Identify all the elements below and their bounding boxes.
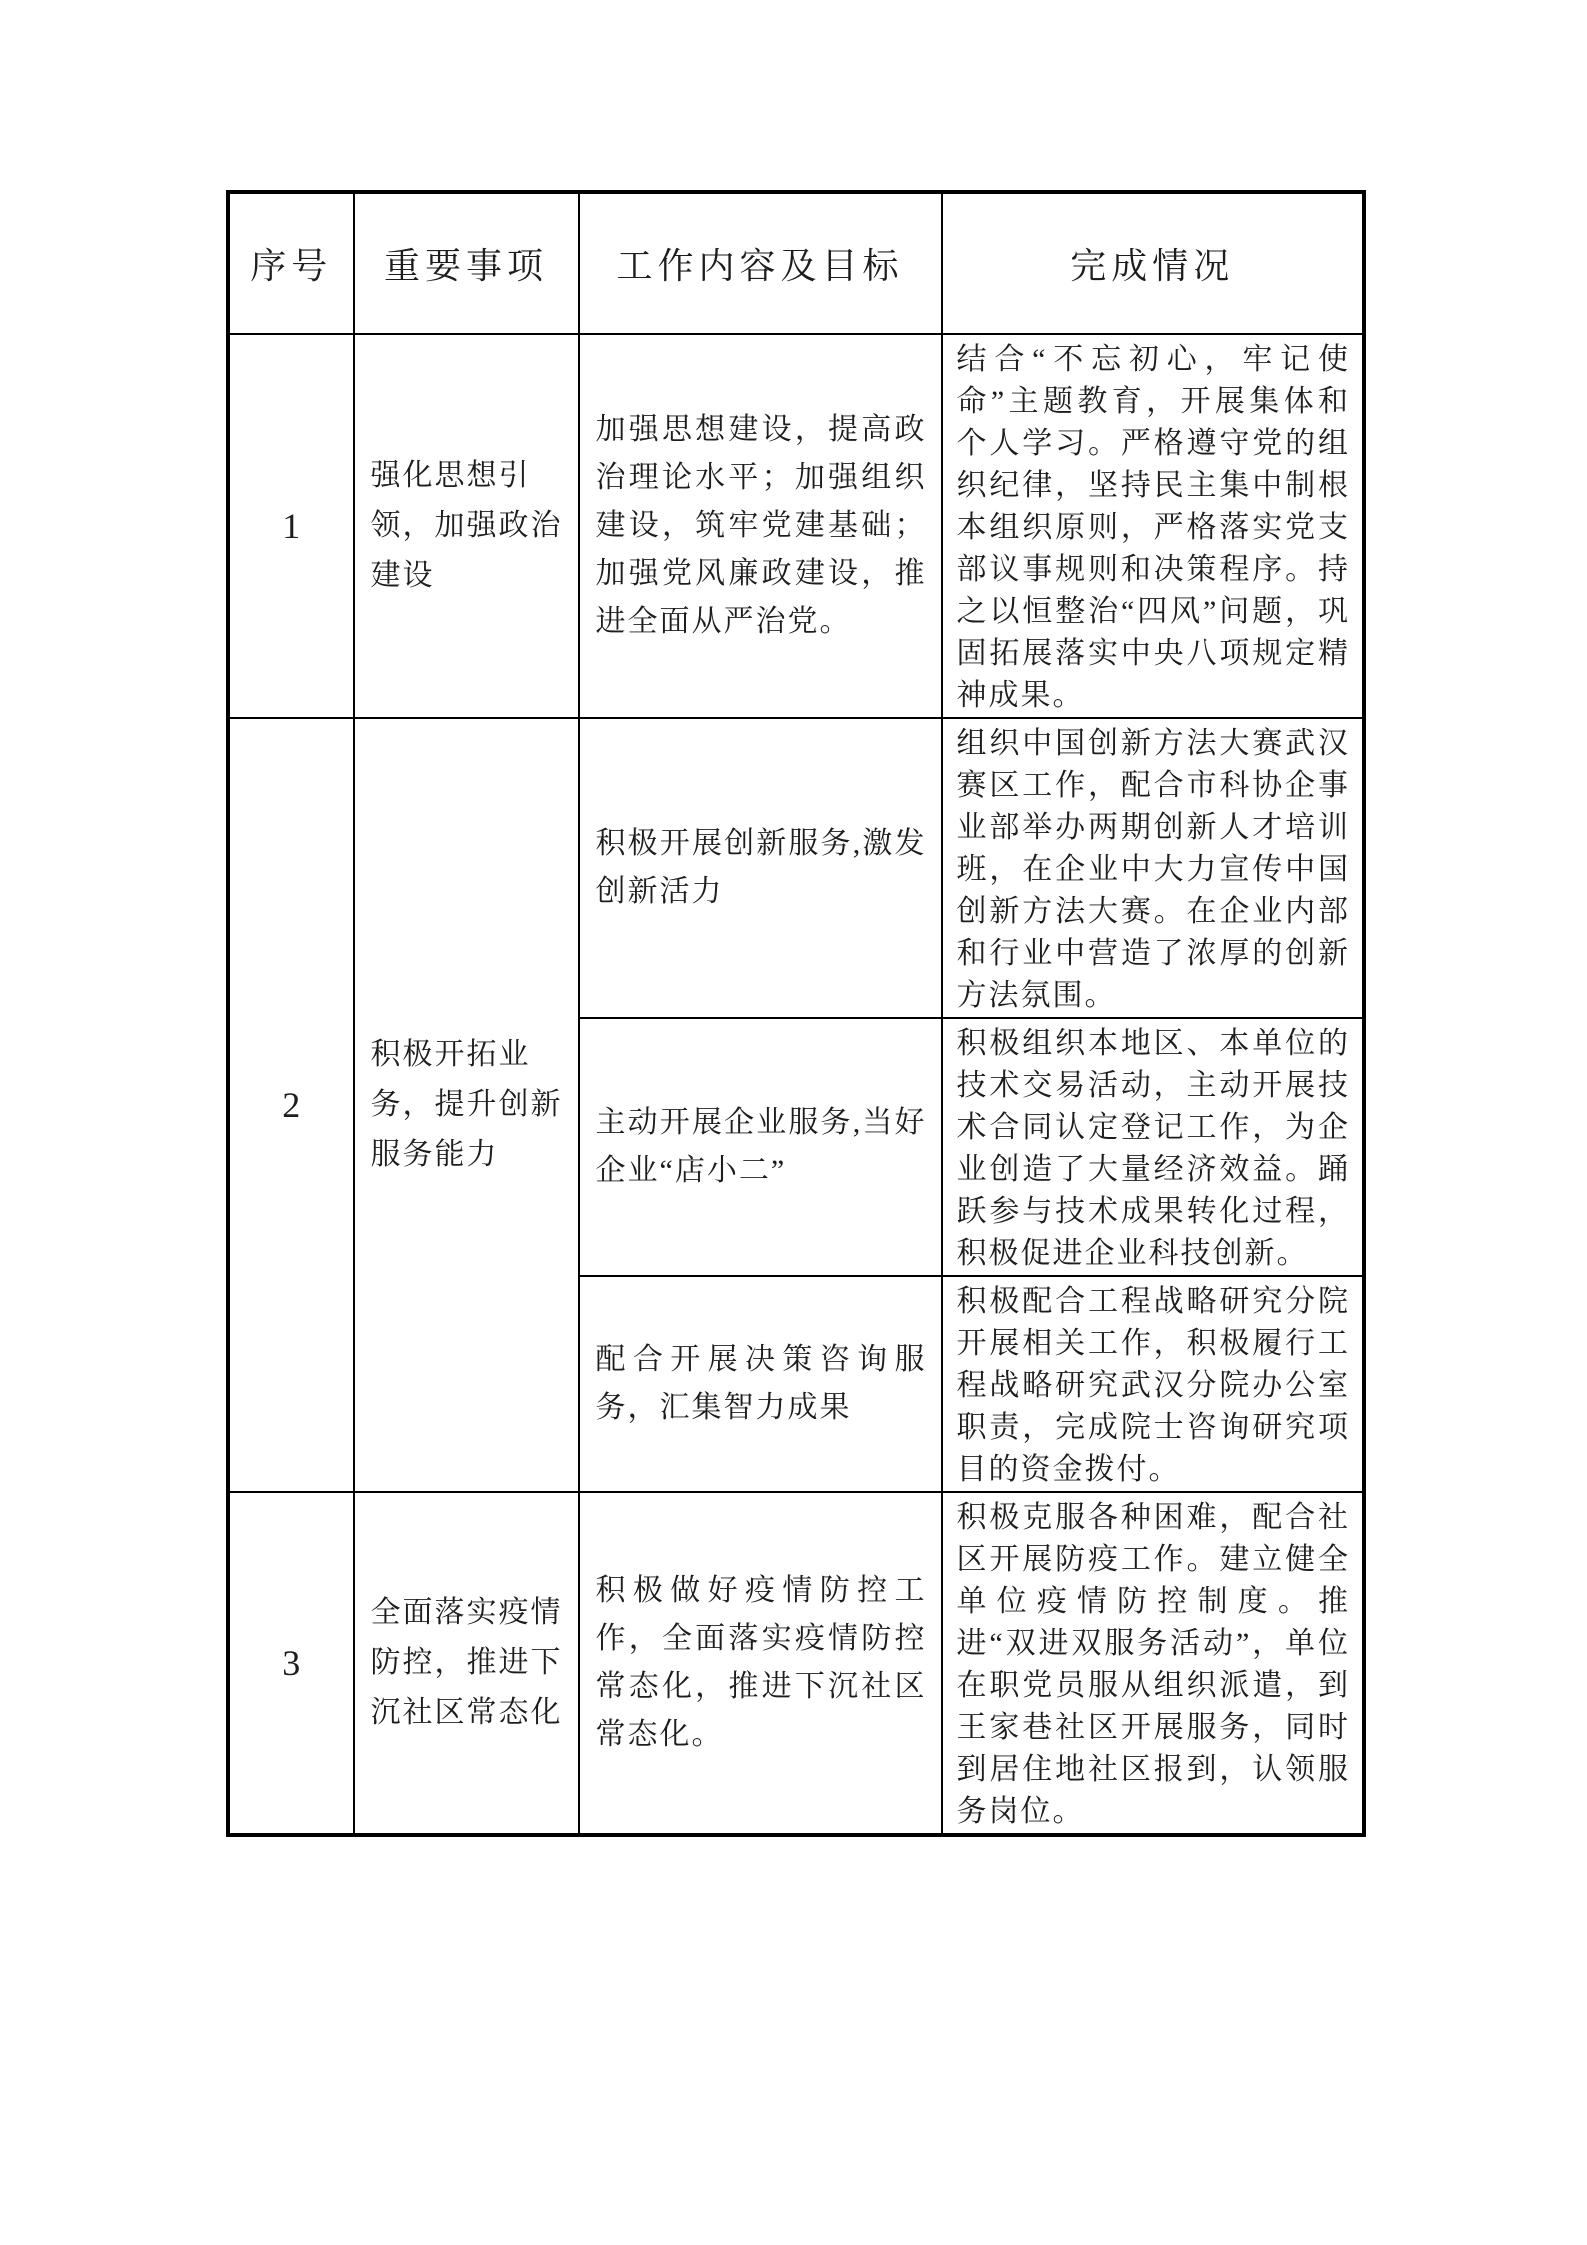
important-item-cell: 强化思想引领，加强政治建设: [354, 334, 579, 718]
work-content-cell: 配合开展决策咨询服务，汇集智力成果: [579, 1276, 942, 1492]
row-number-cell: 3: [229, 1492, 354, 1835]
work-content-cell: 主动开展企业服务,当好企业“店小二”: [579, 1018, 942, 1276]
completion-status-cell: 结合“不忘初心，牢记使命”主题教育，开展集体和个人学习。严格遵守党的组织纪律，坚…: [942, 334, 1364, 718]
document-page: 序号 重要事项 工作内容及目标 完成情况 1 强化思想引领，加强政治建设 加强思…: [0, 0, 1587, 2245]
header-cell-completion-status: 完成情况: [942, 193, 1364, 334]
table-header-row: 序号 重要事项 工作内容及目标 完成情况: [229, 193, 1364, 334]
table-row: 1 强化思想引领，加强政治建设 加强思想建设，提高政治理论水平；加强组织建设，筑…: [229, 334, 1364, 718]
table-row: 2 积极开拓业务，提升创新服务能力 积极开展创新服务,激发创新活力 组织中国创新…: [229, 718, 1364, 1018]
completion-status-cell: 积极克服各种困难，配合社区开展防疫工作。建立健全单位疫情防控制度。推进“双进双服…: [942, 1492, 1364, 1835]
important-item-cell: 全面落实疫情防控，推进下沉社区常态化: [354, 1492, 579, 1835]
header-cell-work-content: 工作内容及目标: [579, 193, 942, 334]
work-report-table: 序号 重要事项 工作内容及目标 完成情况 1 强化思想引领，加强政治建设 加强思…: [227, 191, 1365, 1836]
completion-status-cell: 组织中国创新方法大赛武汉赛区工作，配合市科协企事业部举办两期创新人才培训班，在企…: [942, 718, 1364, 1018]
row-number-cell: 1: [229, 334, 354, 718]
important-item-cell: 积极开拓业务，提升创新服务能力: [354, 718, 579, 1492]
table-row: 3 全面落实疫情防控，推进下沉社区常态化 积极做好疫情防控工作，全面落实疫情防控…: [229, 1492, 1364, 1835]
row-number-cell: 2: [229, 718, 354, 1492]
work-content-cell: 积极开展创新服务,激发创新活力: [579, 718, 942, 1018]
completion-status-cell: 积极组织本地区、本单位的技术交易活动，主动开展技术合同认定登记工作，为企业创造了…: [942, 1018, 1364, 1276]
completion-status-cell: 积极配合工程战略研究分院开展相关工作，积极履行工程战略研究武汉分院办公室职责，完…: [942, 1276, 1364, 1492]
header-cell-number: 序号: [229, 193, 354, 334]
work-content-cell: 积极做好疫情防控工作，全面落实疫情防控常态化，推进下沉社区常态化。: [579, 1492, 942, 1835]
work-content-cell: 加强思想建设，提高政治理论水平；加强组织建设，筑牢党建基础；加强党风廉政建设，推…: [579, 334, 942, 718]
header-cell-important-item: 重要事项: [354, 193, 579, 334]
